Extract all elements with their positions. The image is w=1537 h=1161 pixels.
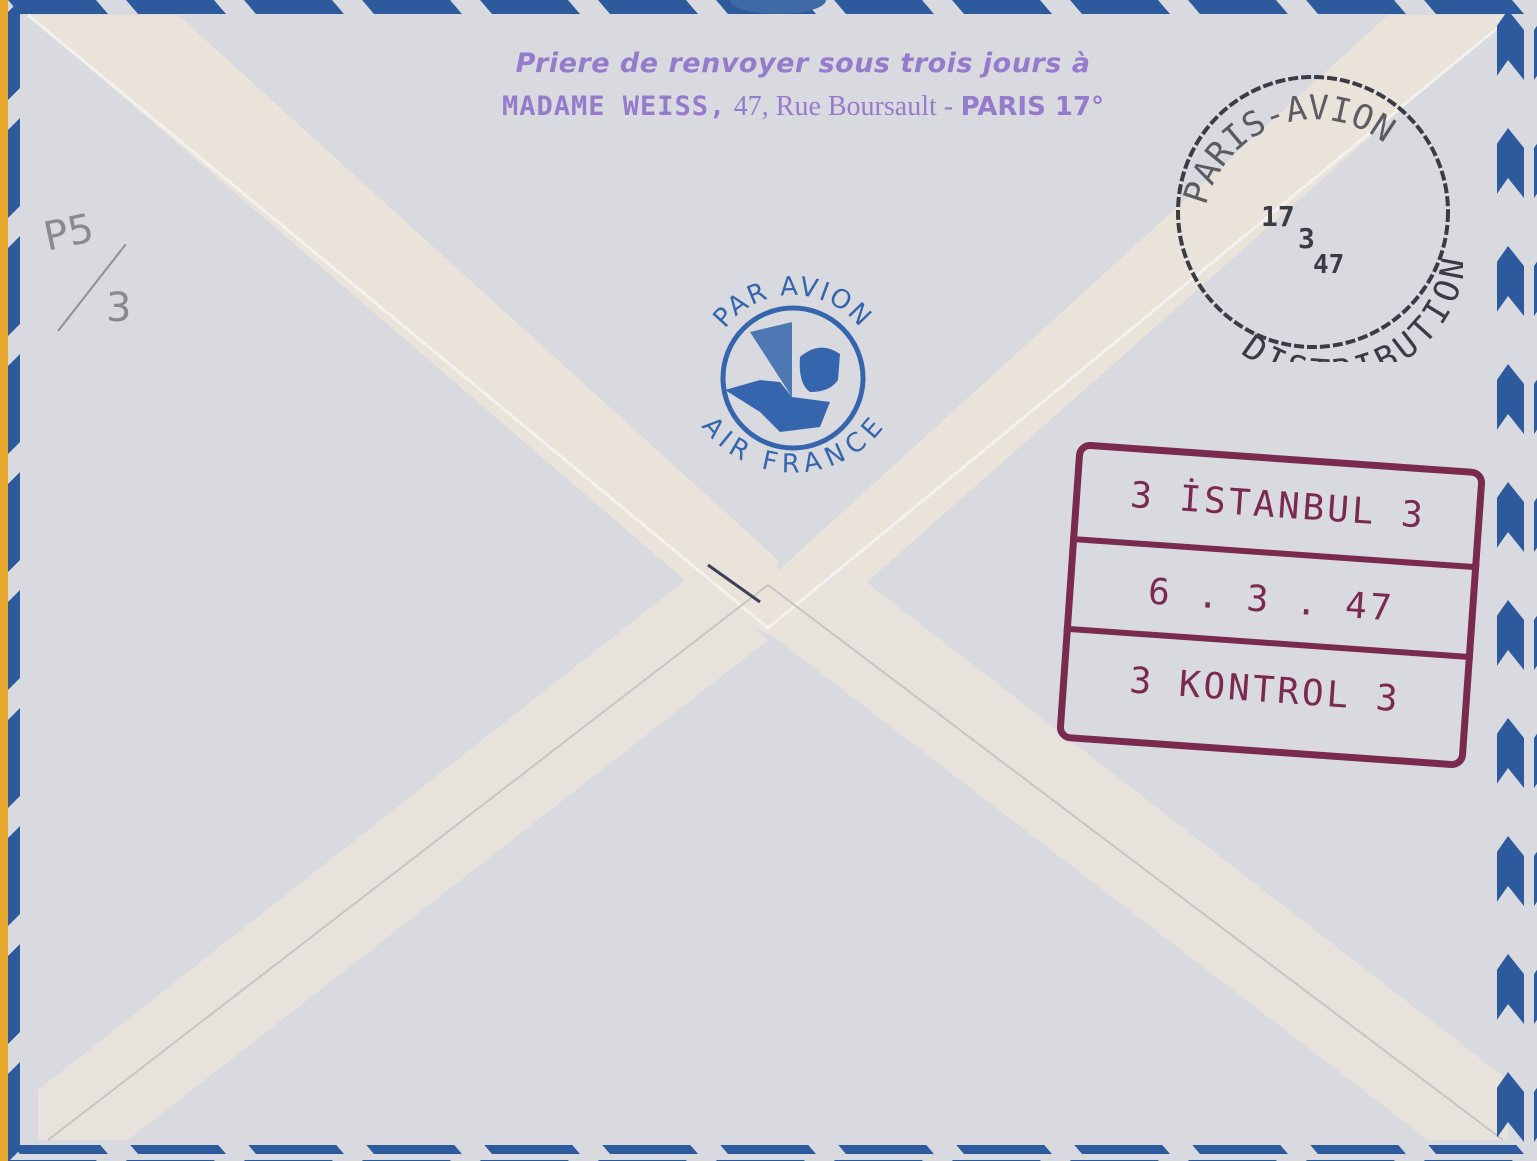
svg-text:PAR AVION: PAR AVION <box>708 272 879 334</box>
svg-text:PARIS-AVION: PARIS-AVION <box>1176 88 1402 209</box>
logo-top-text: PAR AVION <box>708 272 879 334</box>
return-address-stamp: Priere de renvoyer sous trois jours à MA… <box>438 48 1168 123</box>
winged-seahorse-icon <box>725 322 840 432</box>
postmark-top-text: PARIS-AVION <box>1176 88 1402 209</box>
pencil-note-bottom: 3 <box>106 285 131 331</box>
return-instruction: Priere de renvoyer sous trois jours à <box>438 48 1168 79</box>
sender-name: MADAME WEISS, <box>502 91 726 122</box>
envelope-back: Priere de renvoyer sous trois jours à MA… <box>8 0 1537 1161</box>
istanbul-transit-stamp: 3 İSTANBUL 3 6 . 3 . 47 3 KONTROL 3 <box>1056 441 1486 769</box>
sender-city: PARIS 17° <box>961 92 1104 122</box>
pencil-notation: P5 3 <box>38 190 158 340</box>
return-address-line: MADAME WEISS, 47, Rue Boursault - PARIS … <box>438 91 1168 123</box>
paris-postmark: PARIS-AVION DISTRIBUTION <box>1163 62 1463 362</box>
postmark-bottom-text: DISTRIBUTION <box>1235 255 1463 362</box>
pencil-note-top: P5 <box>40 205 98 260</box>
svg-text:DISTRIBUTION: DISTRIBUTION <box>1235 255 1463 362</box>
air-france-logo: PAR AVION AIR FRANCE <box>680 262 906 478</box>
sender-street: 47, Rue Boursault - <box>734 91 953 122</box>
